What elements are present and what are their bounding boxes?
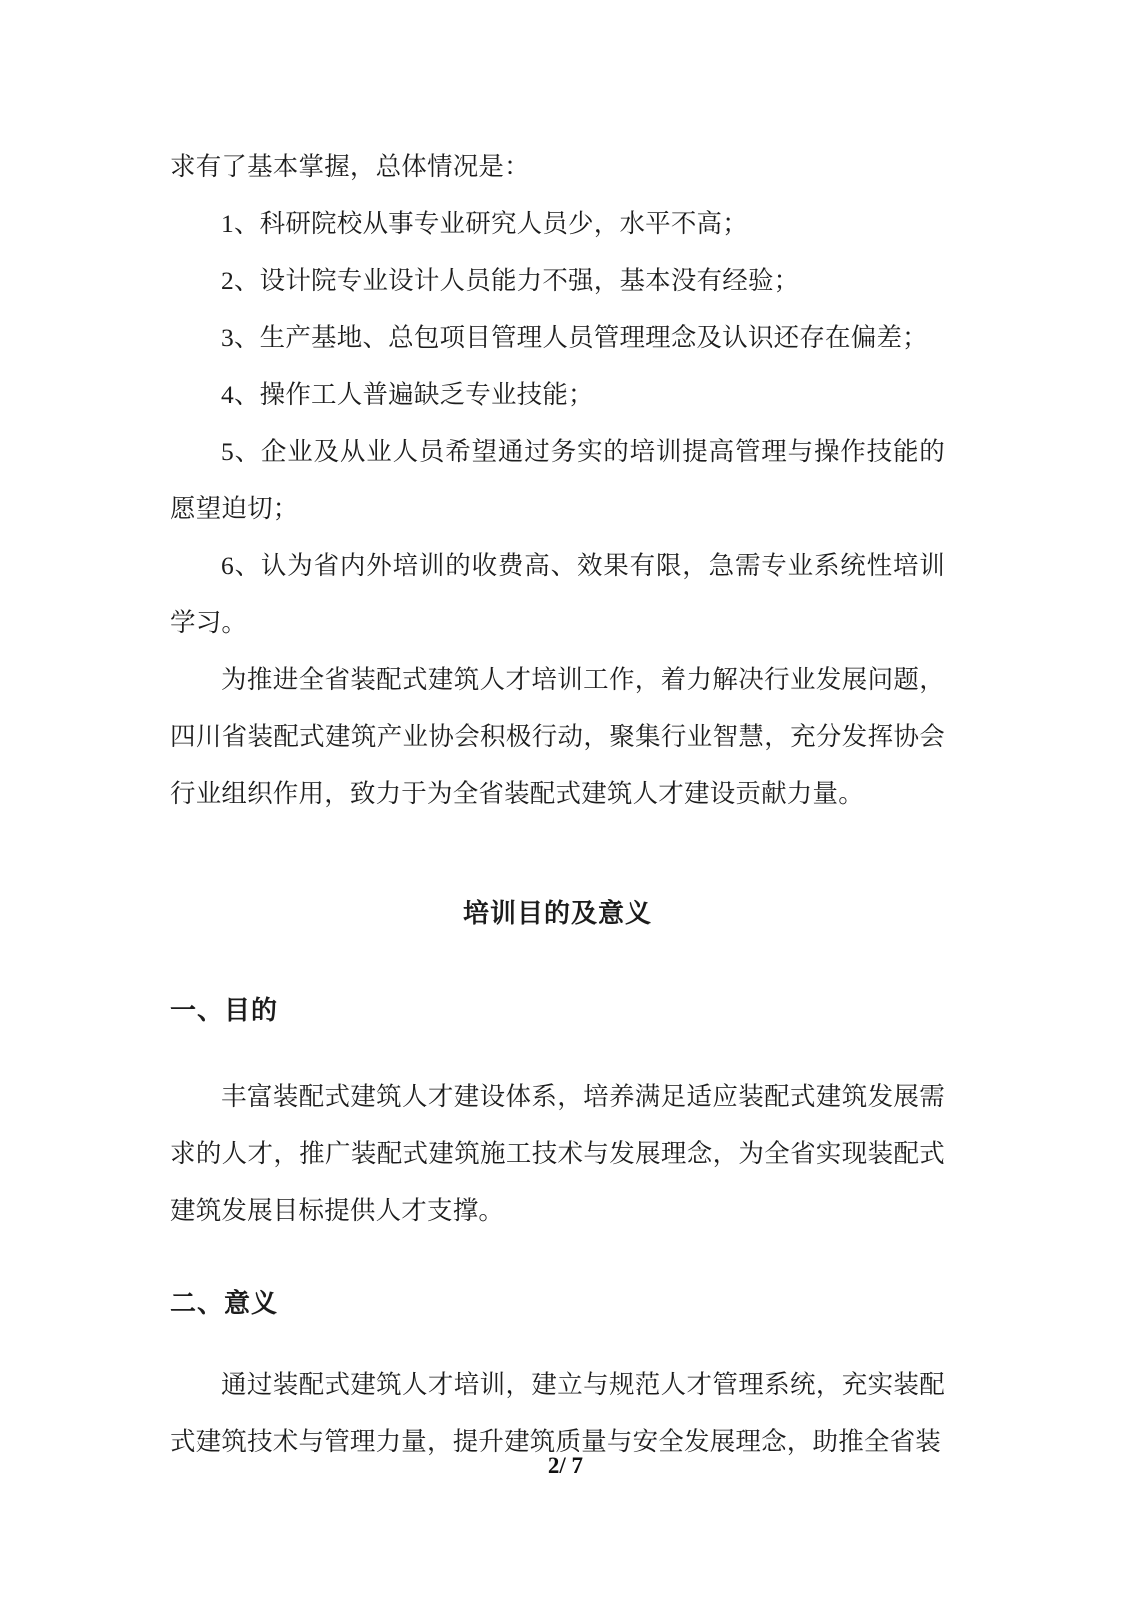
paragraph-continuation: 求有了基本掌握，总体情况是： — [170, 138, 945, 195]
list-item-2: 2、设计院专业设计人员能力不强，基本没有经验； — [170, 252, 945, 309]
list-item-5: 5、企业及从业人员希望通过务实的培训提高管理与操作技能的愿望迫切； — [170, 423, 945, 537]
list-item-6: 6、认为省内外培训的收费高、效果有限，急需专业系统性培训学习。 — [170, 537, 945, 651]
list-item-1: 1、科研院校从事专业研究人员少，水平不高； — [170, 195, 945, 252]
list-item-3: 3、生产基地、总包项目管理人员管理理念及认识还存在偏差； — [170, 309, 945, 366]
closing-paragraph: 为推进全省装配式建筑人才培训工作，着力解决行业发展问题，四川省装配式建筑产业协会… — [170, 651, 945, 822]
paragraph-purpose: 丰富装配式建筑人才建设体系，培养满足适应装配式建筑发展需求的人才，推广装配式建筑… — [170, 1068, 945, 1239]
section-title: 培训目的及意义 — [170, 885, 945, 942]
heading-purpose: 一、目的 — [170, 982, 945, 1039]
document-page: 求有了基本掌握，总体情况是： 1、科研院校从事专业研究人员少，水平不高； 2、设… — [0, 0, 1131, 1600]
heading-significance: 二、意义 — [170, 1275, 945, 1332]
document-body: 求有了基本掌握，总体情况是： 1、科研院校从事专业研究人员少，水平不高； 2、设… — [170, 138, 945, 1470]
list-item-4: 4、操作工人普遍缺乏专业技能； — [170, 366, 945, 423]
page-number: 2/ 7 — [0, 1452, 1131, 1480]
